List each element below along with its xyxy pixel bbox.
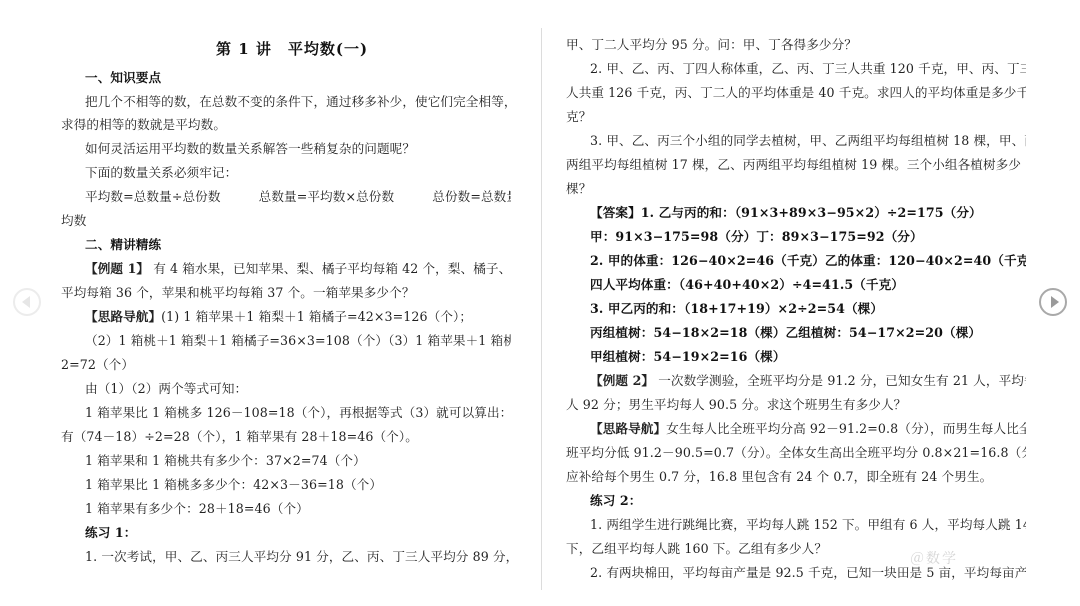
watermark: ＠数学 [910, 548, 1020, 570]
label-bracket: 【思路导航】 [590, 421, 666, 436]
page-title: 第 1 讲 平均数(一) [216, 38, 368, 59]
next-page-button[interactable] [1039, 288, 1067, 316]
text-line: 四人平均体重：（46+40+40×2）÷4=41.5（千克） [590, 277, 904, 293]
text-line: 1 箱苹果比 1 箱桃多多少个：42×3－36=18（个） [85, 477, 382, 493]
text-line: 丙组植树：54−18×2=18（棵）乙组植树：54−17×2=20（棵） [590, 325, 981, 341]
right-page: 甲、丁二人平均分 95 分。问：甲、丁各得多少分？2. 甲、乙、丙、丁四人称体重… [566, 0, 1026, 606]
previous-page-button[interactable] [13, 288, 41, 316]
text-line: 1 箱苹果比 1 箱桃多 126－108=18（个），再根据等式（3）就可以算出… [85, 405, 511, 421]
text-line: 练习 1： [85, 525, 136, 541]
line-text: 一次数学测验，全班平均分是 91.2 分，已知女生有 21 人，平均每 [654, 373, 1026, 388]
text-line: 3. 甲乙丙的和：（18+17+19）×2÷2=54（棵） [590, 301, 883, 317]
text-line: 1 箱苹果和 1 箱桃共有多少个：37×2=74（个） [85, 453, 366, 469]
text-line: 1. 两组学生进行跳绳比赛，平均每人跳 152 下。甲组有 6 人，平均每人跳 … [590, 517, 1026, 533]
text-line: 求得的相等的数就是平均数。 [61, 117, 226, 133]
text-line: 【思路导航】(1) 1 箱苹果＋1 箱梨＋1 箱橘子=42×3=126（个）； [85, 309, 472, 325]
text-line: 班平均分低 91.2－90.5=0.7（分）。全体女生高出全班平均分 0.8×2… [566, 445, 1026, 461]
text-line: 平均每箱 36 个，苹果和桃平均每箱 37 个。一箱苹果多少个？ [61, 285, 415, 301]
circle-arrow-right-icon [1051, 296, 1059, 308]
text-line: 如何灵活运用平均数的数量关系解答一些稍复杂的问题呢？ [85, 141, 415, 157]
text-line: 甲：91×3−175=98（分）丁：89×3−175=92（分） [590, 229, 923, 245]
text-line: 1. 一次考试，甲、乙、丙三人平均分 91 分，乙、丙、丁三人平均分 89 分， [85, 549, 511, 565]
text-line: 人共重 126 千克，丙、丁二人的平均体重是 40 千克。求四人的平均体重是多少… [566, 85, 1026, 101]
page-divider [541, 28, 542, 590]
text-line: 两组平均每组植树 17 棵，乙、丙两组平均每组植树 19 棵。三个小组各植树多少 [566, 157, 1021, 173]
line-text: (1) 1 箱苹果＋1 箱梨＋1 箱橘子=42×3=126（个）； [161, 309, 472, 324]
text-line: 练习 2： [590, 493, 641, 509]
text-line: 下面的数量关系必须牢记： [85, 165, 237, 181]
circle-arrow-left-icon [22, 296, 30, 308]
text-line: 二、精讲精练 [85, 237, 161, 253]
text-line: 2. 甲的体重：126−40×2=46（千克）乙的体重：120−40×2=40（… [590, 253, 1026, 269]
label-bracket: 【思路导航】 [85, 309, 161, 324]
line-text: 女生每人比全班平均分高 92－91.2=0.8（分），而男生每人比全 [666, 421, 1026, 436]
text-line: 下，乙组平均每人跳 160 下。乙组有多少人？ [566, 541, 827, 557]
label-bracket: 【例题 2】 [590, 373, 654, 388]
document-viewer: 第 1 讲 平均数(一) 一、知识要点把几个不相等的数，在总数不变的条件下，通过… [0, 0, 1080, 606]
text-line: 应补给每个男生 0.7 分，16.8 里包含有 24 个 0.7，即全班有 24… [566, 469, 992, 485]
text-line: 甲、丁二人平均分 95 分。问：甲、丁各得多少分？ [566, 37, 857, 53]
text-line: 2=72（个） [61, 357, 134, 373]
text-line: 把几个不相等的数，在总数不变的条件下，通过移多补少，使它们完全相等， [85, 94, 511, 110]
label-bracket: 【例题 1】 [85, 261, 149, 276]
text-line: 【例题 1】 有 4 箱水果，已知苹果、梨、橘子平均每箱 42 个，梨、橘子、桃 [85, 261, 511, 277]
text-line: 由（1）（2）两个等式可知： [85, 381, 247, 397]
text-line: 3. 甲、乙、丙三个小组的同学去植树，甲、乙两组平均每组植树 18 棵，甲、丙 [590, 133, 1026, 149]
text-line: 【例题 2】 一次数学测验，全班平均分是 91.2 分，已知女生有 21 人，平… [590, 373, 1026, 389]
text-line: 1 箱苹果有多少个：28＋18=46（个） [85, 501, 309, 517]
text-line: 棵？ [566, 181, 591, 197]
text-line: 平均数=总数量÷总份数 总数量=平均数×总份数 总份数=总数量×平 [85, 189, 511, 205]
text-line: 人 92 分；男生平均每人 90.5 分。求这个班男生有多少人？ [566, 397, 906, 413]
text-line: （2）1 箱桃＋1 箱梨＋1 箱橘子=36×3=108（个）（3）1 箱苹果＋1… [85, 333, 511, 349]
text-line: 2. 甲、乙、丙、丁四人称体重，乙、丙、丁三人共重 120 千克，甲、丙、丁三 [590, 61, 1026, 77]
text-line: 克？ [566, 109, 591, 125]
text-line: 一、知识要点 [85, 70, 161, 86]
text-line: 【答案】1. 乙与丙的和：（91×3+89×3−95×2）÷2=175（分） [590, 205, 982, 221]
text-line: 甲组植树：54−19×2=16（棵） [590, 349, 786, 365]
line-text: 有 4 箱水果，已知苹果、梨、橘子平均每箱 42 个，梨、橘子、桃 [149, 261, 511, 276]
text-line: 均数 [61, 213, 86, 229]
text-line: 【思路导航】女生每人比全班平均分高 92－91.2=0.8（分），而男生每人比全 [590, 421, 1026, 437]
text-line: 有（74－18）÷2=28（个），1 箱苹果有 28＋18=46（个）。 [61, 429, 418, 445]
left-page: 第 1 讲 平均数(一) 一、知识要点把几个不相等的数，在总数不变的条件下，通过… [61, 0, 511, 606]
